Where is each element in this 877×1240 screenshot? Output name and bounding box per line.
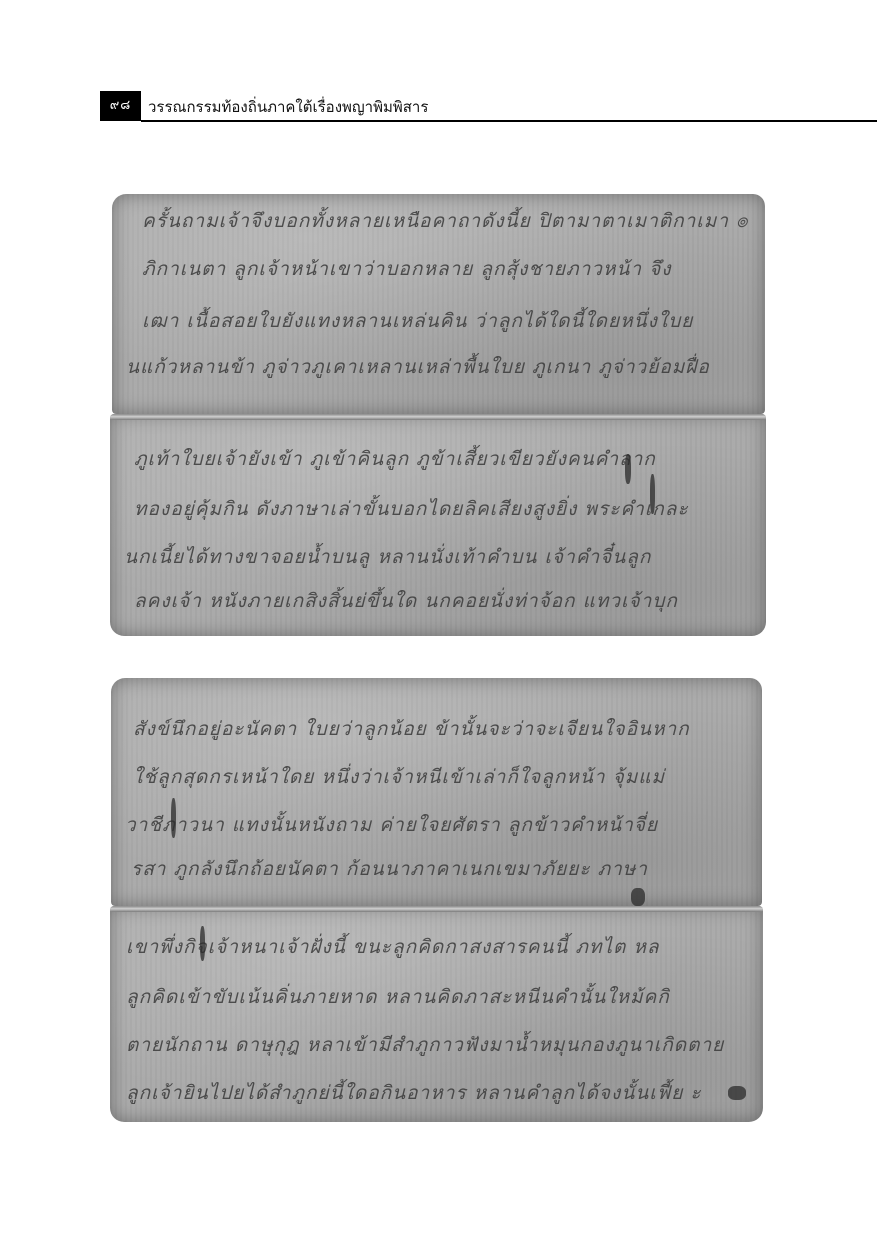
manuscript-1-upper-panel: ครั้นถามเจ้าจึงบอกทั้งหลายเหนือคาถาดังนี…	[112, 194, 765, 414]
manuscript-line: ใช้ลูกสุดกรเหน้าใดย หนึ่งว่าเจ้าหนีเข้าเ…	[133, 762, 762, 792]
running-header: ๙๘ วรรณกรรมท้องถิ่นภาคใต้เรื่องพญาพิมพิส…	[100, 91, 877, 123]
running-title: วรรณกรรมท้องถิ่นภาคใต้เรื่องพญาพิมพิสาร	[148, 95, 428, 119]
manuscript-line: วาชีภาวนา แทงนั้นหนังถาม ค่ายใจยศัตรา ลู…	[125, 810, 762, 840]
manuscript-line: เฒา เนื้อสอยใบยังแทงหลานเหล่นคิน ว่าลูกไ…	[142, 306, 765, 336]
manuscript-line: ตายนักถาน ดาษุกุฎ หลาเข้ามีสำภูกาวฟังมาน…	[126, 1030, 763, 1060]
manuscript-line: สังข์นึกอยู่อะนัคตา ใบยว่าลูกน้อย ข้านั้…	[133, 714, 762, 744]
manuscript-line: ลูกคิดเข้าขับเน้นคิ่นภายหาด หลานคิดภาสะห…	[126, 982, 763, 1012]
ink-stain	[728, 1086, 746, 1100]
manuscript-2-upper-panel: สังข์นึกอยู่อะนัคตา ใบยว่าลูกน้อย ข้านั้…	[111, 678, 762, 906]
header-rule	[141, 120, 877, 122]
manuscript-1-lower-panel: ภูเท้าใบยเจ้ายังเข้า ภูเข้าคินลูก ภูข้าเ…	[110, 414, 766, 636]
ink-stain	[631, 888, 645, 906]
ink-stain	[171, 798, 176, 838]
manuscript-line: ภูเท้าใบยเจ้ายังเข้า ภูเข้าคินลูก ภูข้าเ…	[134, 444, 766, 474]
manuscript-line: เขาพึ่งกิจเจ้าหนาเจ้าฝั่งนี้ ขนะลูกคิดกา…	[126, 932, 763, 962]
manuscript-line: ครั้นถามเจ้าจึงบอกทั้งหลายเหนือคาถาดังนี…	[142, 206, 765, 236]
manuscript-line: ลคงเจ้า หนังภายเกสิงสิ้นย่ขึ้นใด นกคอยนั…	[134, 586, 766, 616]
ink-stain	[625, 454, 631, 484]
manuscript-line: ทองอยู่คุ้มกิน ดังภาษาเล่าขั้นบอกไดยลิคเ…	[134, 494, 766, 524]
page-number: ๙๘	[100, 91, 141, 121]
ink-stain	[650, 474, 655, 514]
fold-seam	[110, 414, 766, 420]
manuscript-line: นแก้วหลานข้า ภูจ่าวภูเคาเหลานเหล่าพื้นใบ…	[126, 352, 765, 382]
manuscript-2-lower-panel: เขาพึ่งกิจเจ้าหนาเจ้าฝั่งนี้ ขนะลูกคิดกา…	[110, 906, 763, 1122]
ink-stain	[200, 926, 205, 961]
manuscript-line: ภิกาเนตา ลูกเจ้าหน้าเขาว่าบอกหลาย ลูกสุ้…	[142, 254, 765, 284]
manuscript-line: ลูกเจ้ายินไปยได้สำภูกย่นี้ใดอกินอาหาร หล…	[126, 1078, 763, 1108]
manuscript-line: นกเนี้ยได้ทางขาจอยน้ำบนลู หลานนั่งเท้าคำ…	[124, 542, 766, 572]
fold-seam	[110, 906, 763, 912]
manuscript-line: รสา ภูกลังนึกถ้อยนัคตา ก้อนนาภาคาเนกเขมา…	[131, 854, 762, 884]
